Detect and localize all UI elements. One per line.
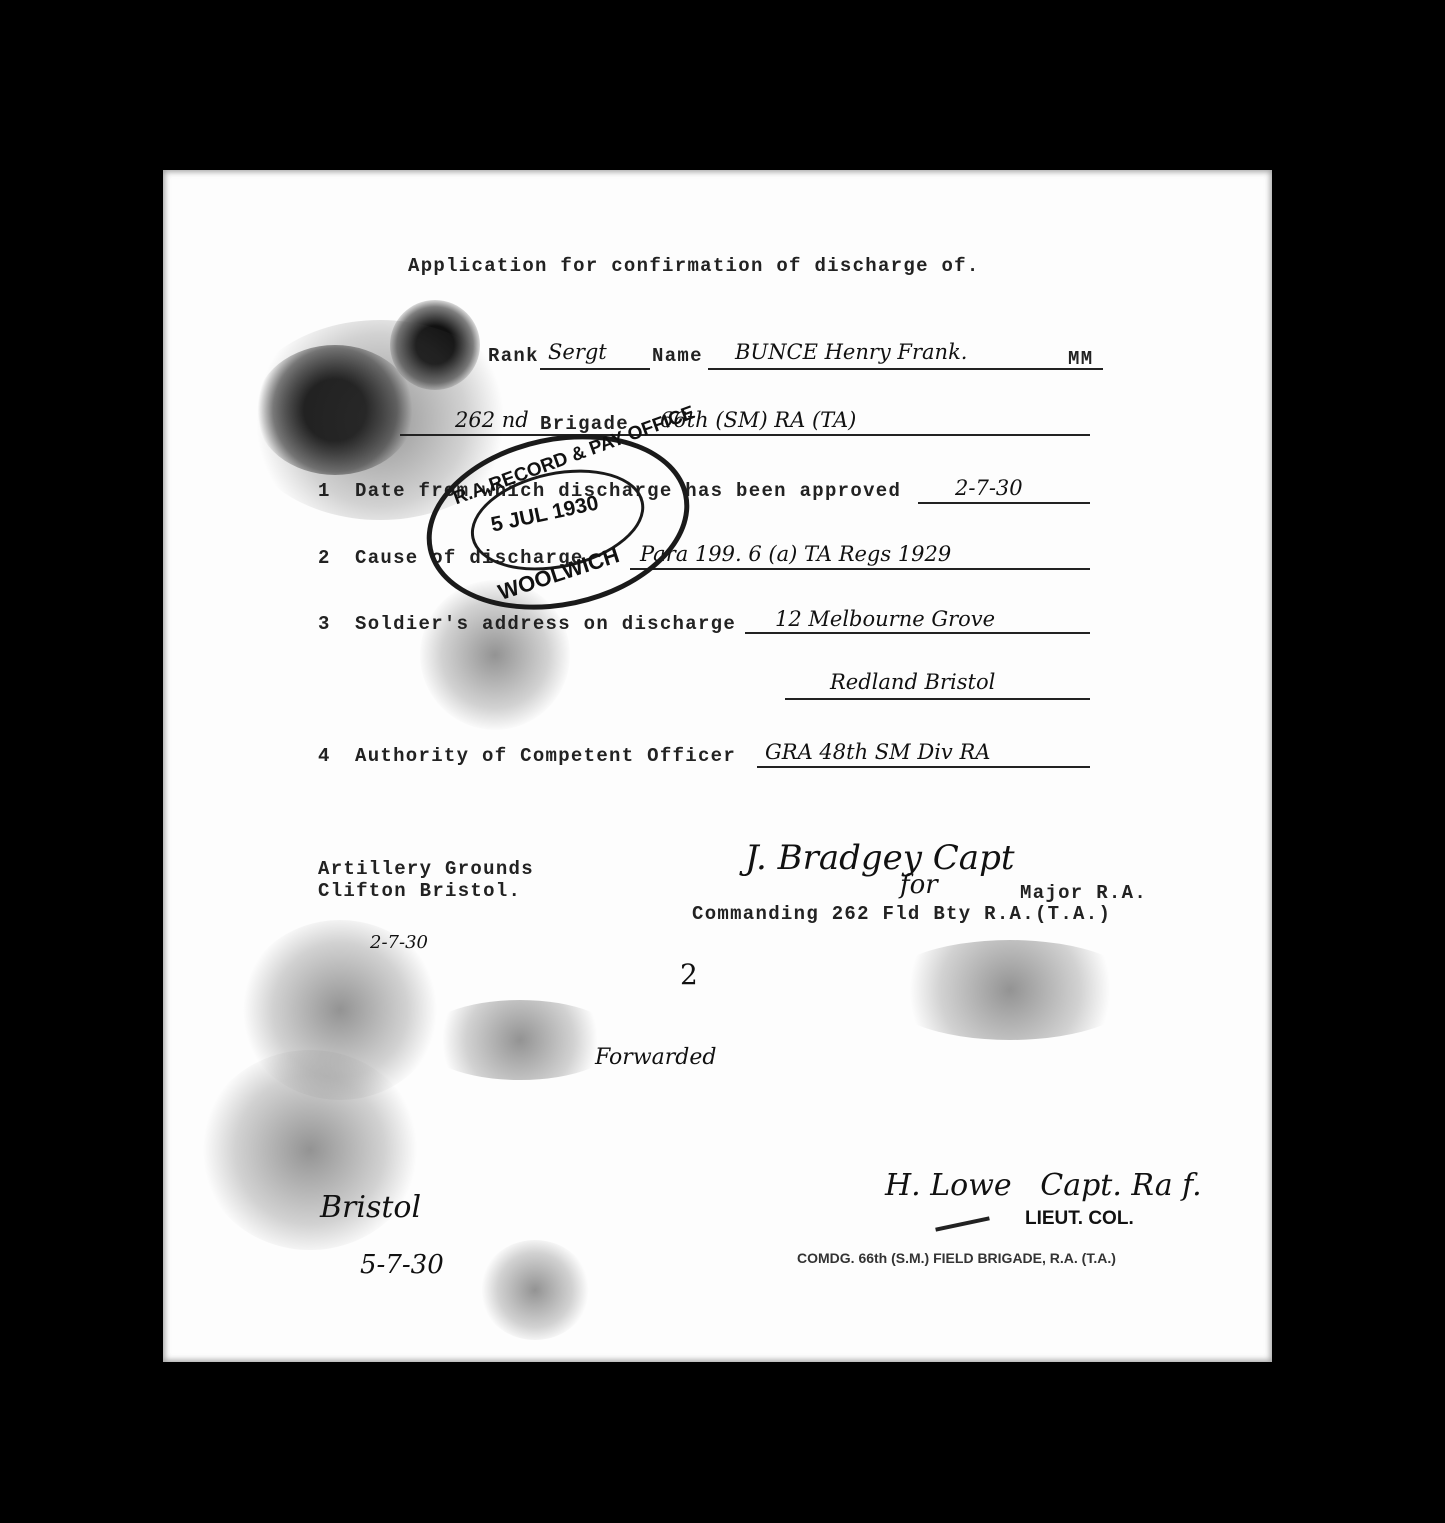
item-1-underline	[918, 502, 1090, 504]
rank-label: Rank	[488, 345, 539, 367]
name-underline	[708, 368, 1103, 370]
officer-signature: J. Bradgey Capt	[745, 838, 1015, 878]
document-title: Application for confirmation of discharg…	[408, 255, 980, 277]
name-value: BUNCE Henry Frank.	[735, 340, 967, 364]
rank-value: Sergt	[548, 340, 607, 364]
bottom-left-date: 5-7-30	[360, 1250, 444, 1280]
item-4-label: Authority of Competent Officer	[355, 745, 736, 767]
origin-line-1: Artillery Grounds	[318, 858, 534, 880]
item-3-underline-2	[785, 698, 1090, 700]
unit-underline	[400, 434, 1090, 436]
for-label: for	[900, 870, 938, 900]
stain	[480, 1240, 590, 1340]
item-3-value: 12 Melbourne Grove	[775, 607, 995, 631]
name-suffix: MM	[1068, 348, 1093, 370]
stain	[420, 1000, 620, 1080]
signature-title-line-2: Commanding 262 Fld Bty R.A.(T.A.)	[692, 903, 1111, 925]
unit-prefix-value: 262 nd	[455, 408, 529, 432]
annotation-forwarded: Forwarded	[595, 1045, 716, 1070]
item-2-number: 2	[318, 547, 331, 569]
item-4-number: 4	[318, 745, 331, 767]
item-1-value: 2-7-30	[955, 476, 1023, 500]
commanding-unit: COMDG. 66th (S.M.) FIELD BRIGADE, R.A. (…	[797, 1250, 1116, 1266]
item-4-underline	[757, 766, 1090, 768]
commanding-rank: LIEUT. COL.	[1025, 1208, 1134, 1230]
item-3-underline	[745, 632, 1090, 634]
annotation-number: 2	[680, 958, 698, 991]
item-4-value: GRA 48th SM Div RA	[765, 740, 990, 764]
item-2-underline	[630, 568, 1090, 570]
item-3-value-line2: Redland Bristol	[830, 670, 995, 694]
item-2-value: Para 199. 6 (a) TA Regs 1929	[640, 542, 951, 566]
signature-title-line-1: Major R.A.	[1020, 882, 1147, 904]
rank-underline	[540, 368, 650, 370]
bottom-left-note: Bristol	[320, 1190, 421, 1225]
item-3-label: Soldier's address on discharge	[355, 613, 736, 635]
item-3-number: 3	[318, 613, 331, 635]
commanding-signatures: H. Lowe Capt. Ra f.	[885, 1168, 1202, 1203]
origin-line-2: Clifton Bristol.	[318, 880, 521, 902]
stain	[880, 940, 1140, 1040]
origin-date: 2-7-30	[370, 932, 428, 953]
item-1-number: 1	[318, 480, 331, 502]
name-label: Name	[652, 345, 703, 367]
